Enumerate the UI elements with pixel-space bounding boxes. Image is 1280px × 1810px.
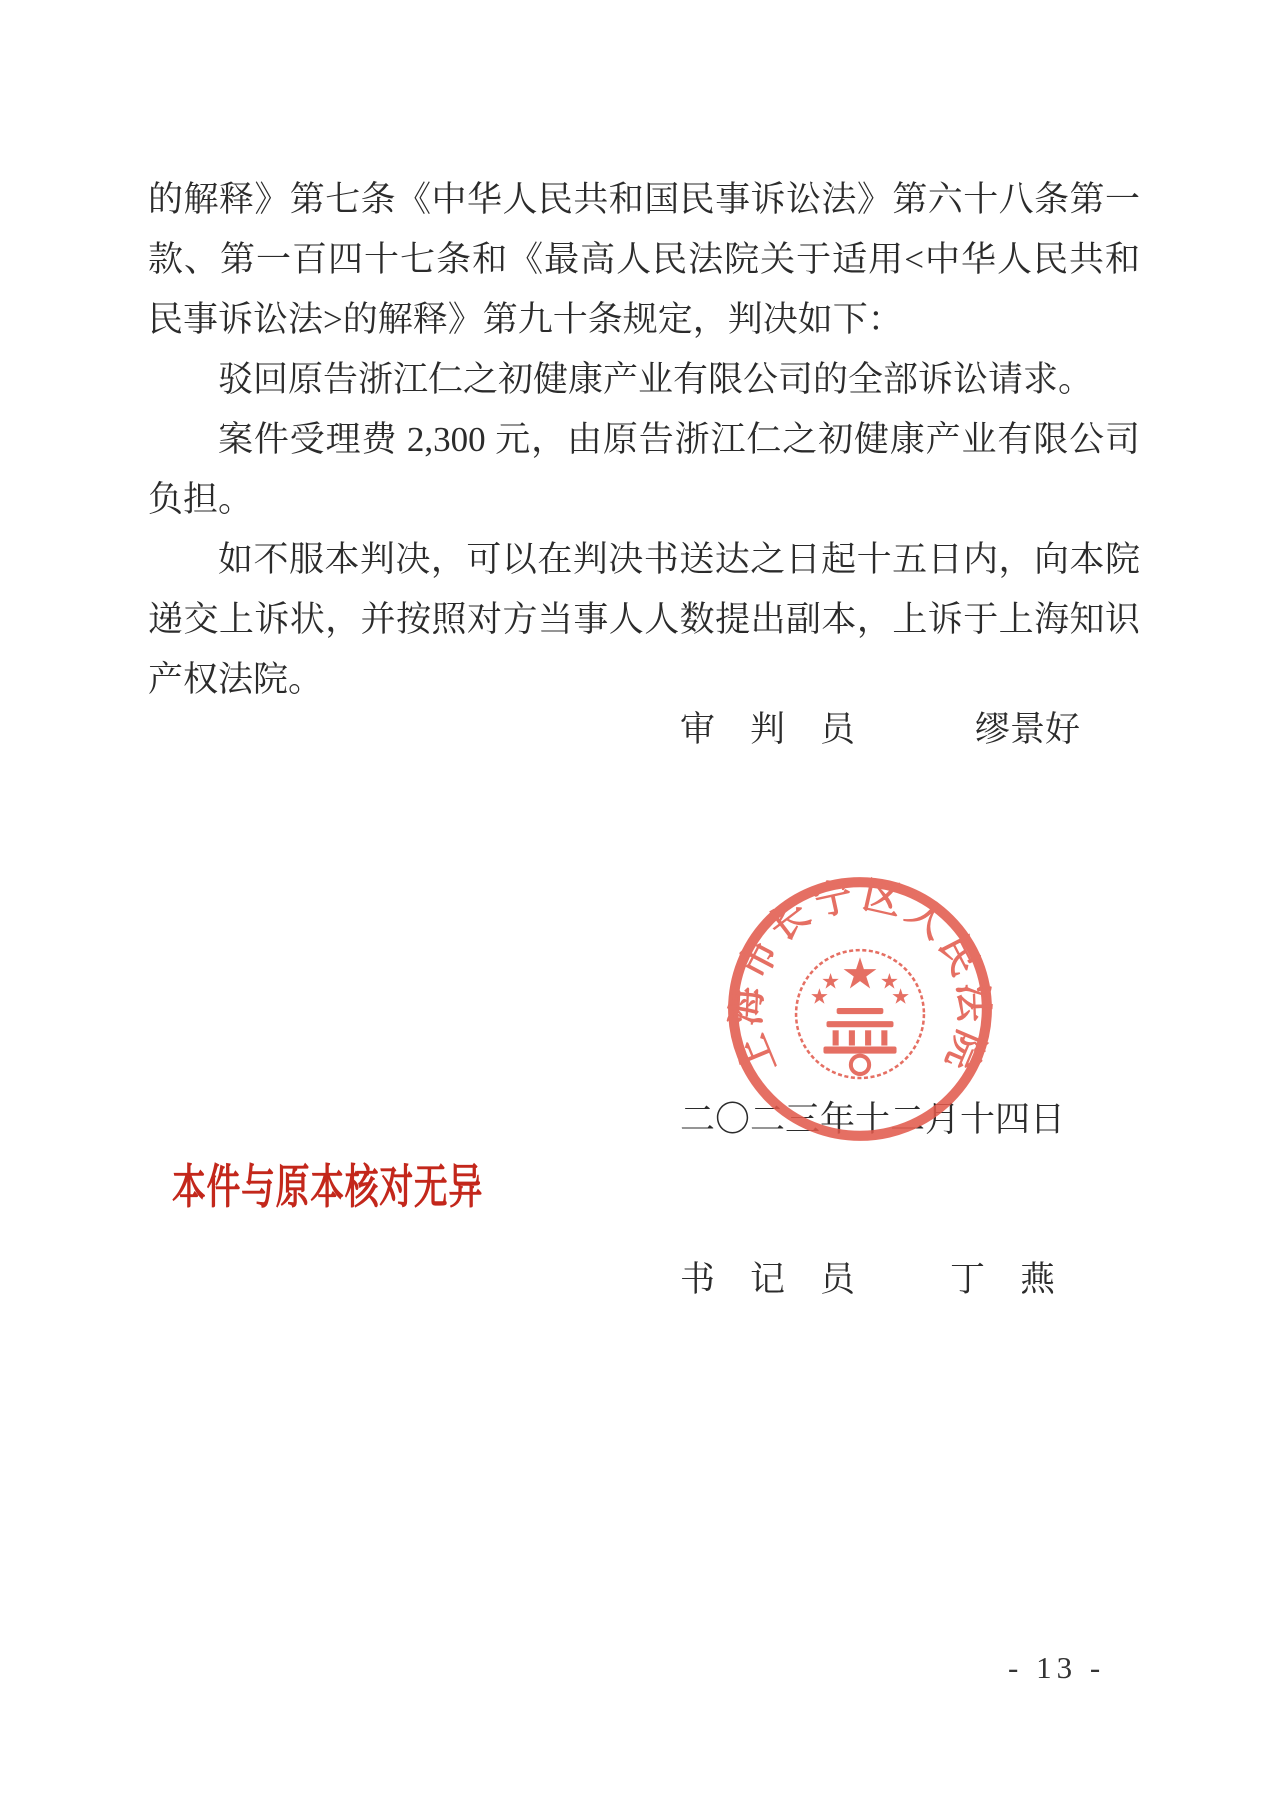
clerk-title: 书 记 员 bbox=[680, 1258, 855, 1302]
body-line: 民事诉讼法>的解释》第九十条规定，判决如下： bbox=[148, 290, 1140, 350]
judge-name: 缪景好 bbox=[975, 708, 1080, 752]
body-line: 负担。 bbox=[148, 470, 1140, 530]
judgment-page: 的解释》第七条《中华人民共和国民事诉讼法》第六十八条第一 款、第一百四十七条和《… bbox=[0, 0, 1280, 1810]
body-line: 产权法院。 bbox=[148, 650, 1140, 710]
court-seal: 上海市长宁区人民法院 bbox=[723, 872, 997, 1146]
body-line: 如不服本判决，可以在判决书送达之日起十五日内，向本院 bbox=[148, 530, 1140, 590]
body-line: 递交上诉状，并按照对方当事人人数提出副本，上诉于上海知识 bbox=[148, 590, 1140, 650]
body-line: 案件受理费 2,300 元，由原告浙江仁之初健康产业有限公司 bbox=[148, 410, 1140, 470]
body-line: 的解释》第七条《中华人民共和国民事诉讼法》第六十八条第一 bbox=[148, 170, 1140, 230]
verification-stamp-text: 本件与原本核对无异 bbox=[172, 1150, 483, 1217]
judge-title: 审 判 员 bbox=[680, 708, 855, 752]
page-number: - 13 - bbox=[1008, 1650, 1105, 1686]
national-emblem-icon bbox=[796, 950, 924, 1078]
judgment-body-text: 的解释》第七条《中华人民共和国民事诉讼法》第六十八条第一 款、第一百四十七条和《… bbox=[148, 170, 1140, 710]
body-line: 驳回原告浙江仁之初健康产业有限公司的全部诉讼请求。 bbox=[148, 350, 1140, 410]
body-line: 款、第一百四十七条和《最高人民法院关于适用<中华人民共和国 bbox=[148, 230, 1140, 290]
clerk-name: 丁 燕 bbox=[950, 1258, 1055, 1302]
